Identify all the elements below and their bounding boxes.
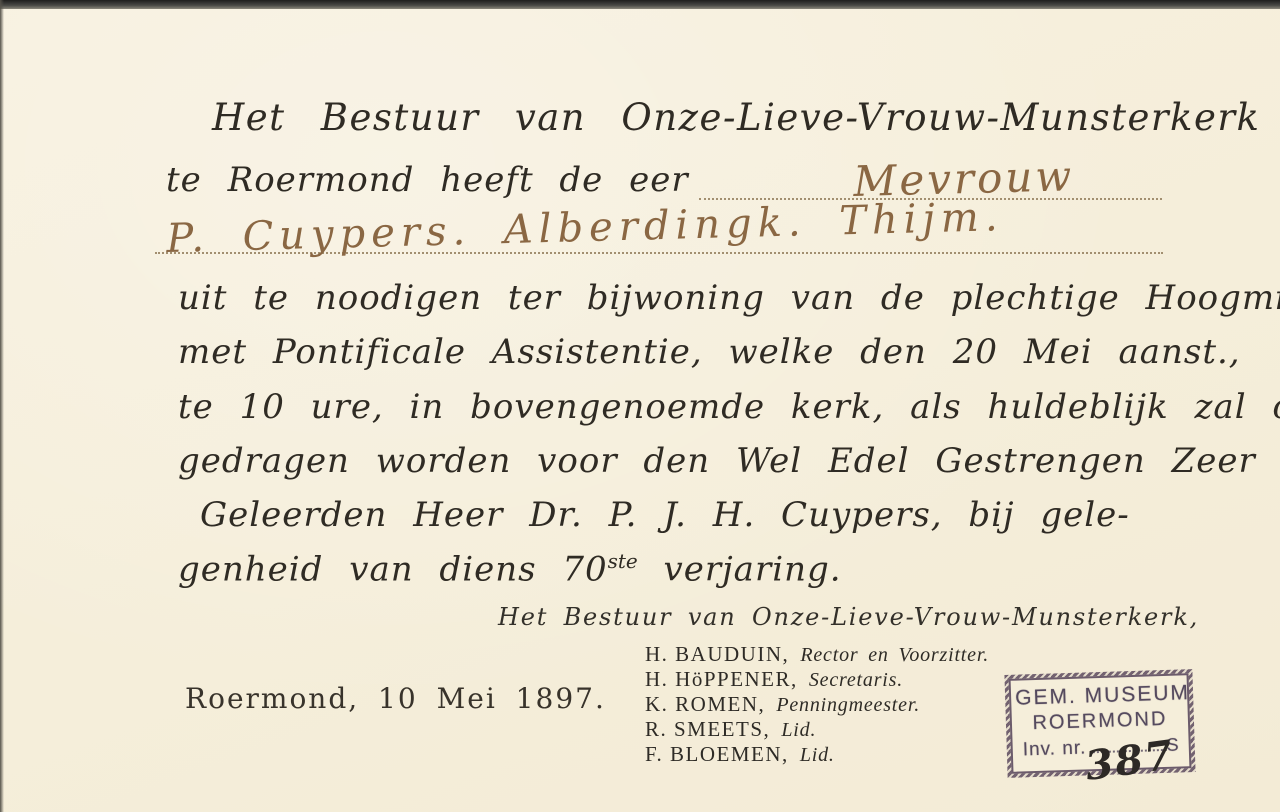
- body-line-last-suffix: verjaring.: [638, 549, 842, 589]
- signature-org-line: Het Bestuur van Onze-Lieve-Vrouw-Munster…: [498, 603, 1199, 631]
- handwritten-recipient-name: P. Cuypers. Alberdingk. Thijm.: [166, 194, 1004, 262]
- board-member-role: Lid.: [781, 719, 816, 741]
- body-line-last: genheid van diens 70ste verjaring.: [178, 549, 842, 589]
- salutation-text: te Roermond heeft de eer: [166, 160, 689, 200]
- board-member-role: Rector en Voorzitter.: [800, 644, 989, 666]
- opening-line: Het Bestuur van Onze-Lieve-Vrouw-Munster…: [212, 96, 1260, 139]
- body-line: Geleerden Heer Dr. P. J. H. Cuypers, bij…: [200, 495, 1130, 535]
- body-line: uit te noodigen ter bijwoning van de ple…: [178, 278, 1280, 318]
- board-members-list: H. BAUDUIN, Rector en Voorzitter. H. HöP…: [645, 642, 989, 767]
- board-member-row: F. BLOEMEN, Lid.: [645, 742, 989, 767]
- board-member-role: Lid.: [800, 744, 835, 766]
- board-member-name: R. SMEETS,: [645, 717, 770, 741]
- scan-edge-top: [0, 0, 1280, 9]
- stamp-inventory-label: Inv. nr.: [1022, 737, 1086, 760]
- board-member-row: K. ROMEN, Penningmeester.: [645, 692, 989, 717]
- recipient-title-dotted-line: Mevrouw: [699, 156, 1162, 200]
- board-member-role: Penningmeester.: [776, 694, 920, 716]
- body-line-last-prefix: genheid van diens 70: [178, 549, 608, 589]
- board-member-name: H. HöPPENER,: [645, 667, 798, 691]
- board-member-row: R. SMEETS, Lid.: [645, 717, 989, 742]
- salutation-row: te Roermond heeft de eer Mevrouw: [166, 156, 1162, 200]
- board-member-row: H. HöPPENER, Secretaris.: [645, 667, 989, 692]
- board-member-name: K. ROMEN,: [645, 692, 765, 716]
- stamp-museum-name: GEM. MUSEUM: [1015, 681, 1184, 710]
- board-member-row: H. BAUDUIN, Rector en Voorzitter.: [645, 642, 989, 667]
- stamp-city: ROERMOND: [1016, 707, 1185, 735]
- body-line: gedragen worden voor den Wel Edel Gestre…: [178, 441, 1256, 481]
- board-member-name: F. BLOEMEN,: [645, 742, 789, 766]
- body-line: met Pontificale Assistentie, welke den 2…: [178, 332, 1241, 372]
- recipient-name-dotted-line: P. Cuypers. Alberdingk. Thijm.: [155, 206, 1163, 254]
- dateline: Roermond, 10 Mei 1897.: [185, 682, 606, 715]
- museum-stamp: GEM. MUSEUM ROERMOND Inv. nr. S 387: [1004, 669, 1195, 778]
- museum-stamp-frame: GEM. MUSEUM ROERMOND Inv. nr. S 387: [1009, 673, 1192, 774]
- scanned-invitation-card: Het Bestuur van Onze-Lieve-Vrouw-Munster…: [0, 0, 1280, 812]
- body-line: te 10 ure, in bovengenoemde kerk, als hu…: [178, 387, 1280, 427]
- board-member-role: Secretaris.: [809, 669, 903, 691]
- scan-edge-left: [0, 0, 4, 812]
- board-member-name: H. BAUDUIN,: [645, 642, 789, 666]
- ordinal-superscript: ste: [608, 549, 638, 573]
